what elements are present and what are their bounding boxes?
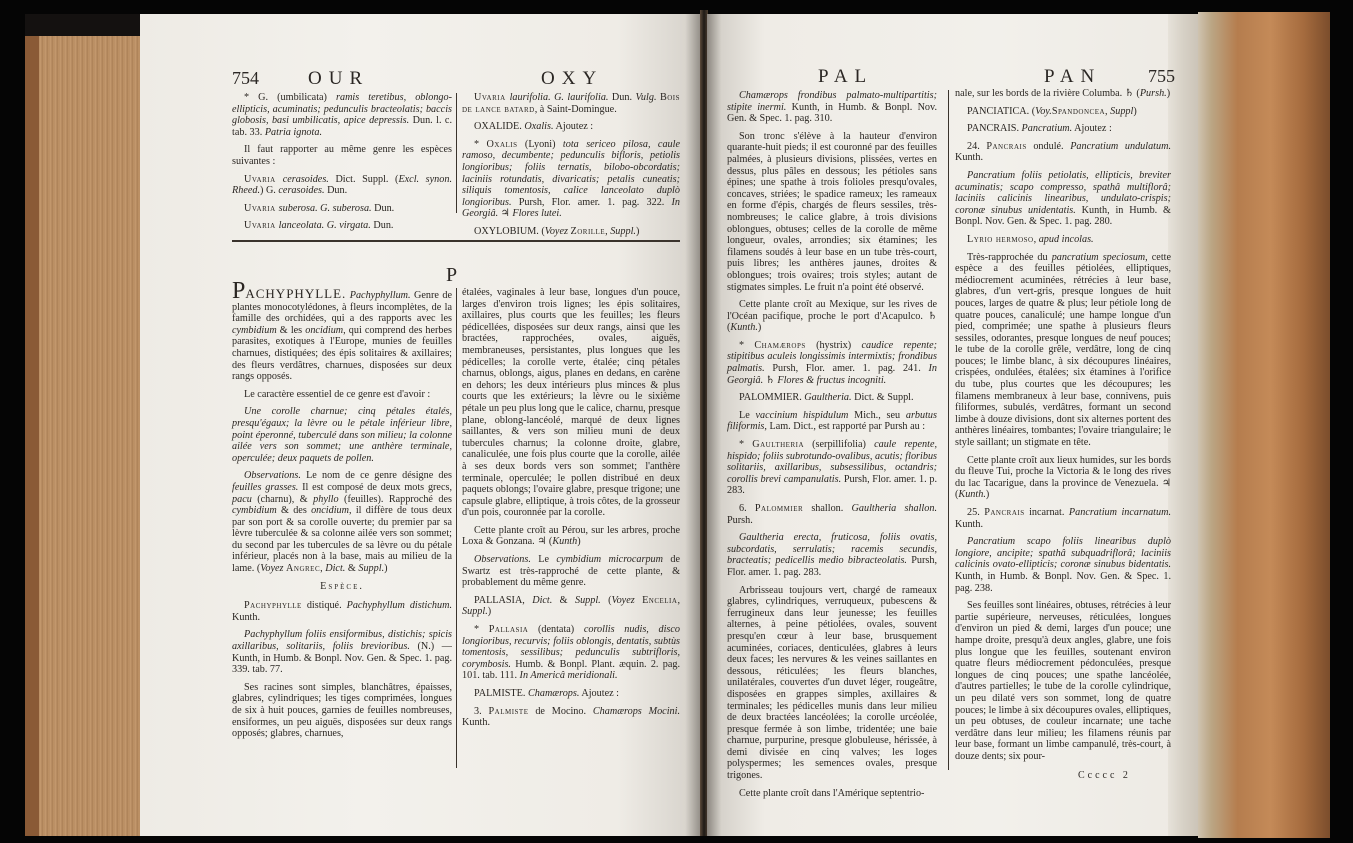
- paragraph: Très-rapprochée du pancratium speciosum,…: [955, 252, 1171, 449]
- species-heading: Espèce.: [232, 581, 452, 593]
- signature-mark: Ccccc 2: [1078, 770, 1131, 781]
- paragraph: Il faut rapporter au même genre les espè…: [232, 144, 452, 167]
- paragraph: OXYLOBIUM. (Voyez Zorille, Suppl.): [462, 226, 680, 238]
- paragraph: 25. Pancrais incarnat. Pancratium incarn…: [955, 507, 1171, 530]
- section-divider-rule: [232, 240, 680, 242]
- paragraph: Cette plante croît dans l'Amérique septe…: [727, 788, 937, 800]
- paragraph: Cette plante croît aux lieux humides, su…: [955, 455, 1171, 501]
- paragraph: Cette plante croît au Mexique, sur les r…: [727, 299, 937, 334]
- paragraph: Pachyphyllum foliis ensiformibus, distic…: [232, 629, 452, 675]
- running-head-left-col2: OXY: [541, 68, 603, 90]
- column-rule: [456, 93, 457, 213]
- paragraph: Uvaria lanceolata. G. virgata. Dun.: [232, 220, 452, 232]
- paragraph: Le vaccinium hispidulum Mich., seu arbut…: [727, 410, 937, 433]
- book-cover-edge-right: [1198, 12, 1330, 838]
- paragraph: Uvaria laurifolia. G. laurifolia. Dun. V…: [462, 92, 680, 115]
- running-head-right-col1: PAL: [818, 66, 873, 88]
- paragraph: * Oxalis (Lyoni) tota sericeo pilosa, ca…: [462, 139, 680, 220]
- paragraph: OXALIDE. Oxalis. Ajoutez :: [462, 121, 680, 133]
- left-page-col2: étalées, vaginales à leur base, longues …: [462, 287, 680, 735]
- paragraph: Une corolle charnue; cinq pétales étalés…: [232, 406, 452, 464]
- left-page-col1: PACHYPHYLLE. Pachyphyllum. Genre de plan…: [232, 286, 452, 746]
- paragraph: 3. Palmiste de Mocino. Chamærops Mocini.…: [462, 706, 680, 729]
- paragraph: PALLASIA, Dict. & Suppl. (Voyez Encelia,…: [462, 595, 680, 618]
- left-page-col2-top: Uvaria laurifolia. G. laurifolia. Dun. V…: [462, 92, 680, 244]
- paragraph: PANCIATICA. (Voy.Spandoncea, Suppl): [955, 106, 1171, 118]
- paragraph: PANCRAIS. Pancratium. Ajoutez :: [955, 123, 1171, 135]
- column-rule: [456, 288, 457, 768]
- right-page-stack: [1168, 14, 1198, 836]
- paragraph: PACHYPHYLLE. Pachyphyllum. Genre de plan…: [232, 286, 452, 383]
- paragraph: * Pallasia (dentata) corollis nudis, dis…: [462, 624, 680, 682]
- paragraph: PALOMMIER. Gaultheria. Dict. & Suppl.: [727, 392, 937, 404]
- section-letter: P: [446, 264, 457, 287]
- paragraph: * Gaultheria (serpillifolia) caule repen…: [727, 439, 937, 497]
- paragraph: Pancratium scapo foliis linearibus duplò…: [955, 536, 1171, 594]
- book-shadow-top-left: [25, 14, 140, 38]
- running-head-left-col1: OUR: [308, 68, 369, 90]
- column-rule: [948, 90, 949, 770]
- paragraph: * Chamærops (hystrix) caudice repente; s…: [727, 340, 937, 386]
- paragraph: * G. (umbilicata) ramis teretibus, oblon…: [232, 92, 452, 138]
- paragraph: Uvaria suberosa. G. suberosa. Dun.: [232, 203, 452, 215]
- paragraph: Observations. Le cymbidium microcarpum d…: [462, 554, 680, 589]
- paragraph: étalées, vaginales à leur base, longues …: [462, 287, 680, 519]
- paragraph: Chamærops frondibus palmato-multipartiti…: [727, 90, 937, 125]
- paragraph: Uvaria cerasoides. Dict. Suppl. (Excl. s…: [232, 174, 452, 197]
- paragraph: Lyrio hermoso, apud incolas.: [955, 234, 1171, 246]
- book-page-edges-left: [25, 36, 154, 836]
- paragraph: Son tronc s'élève à la hauteur d'environ…: [727, 131, 937, 293]
- paragraph: Observations. Le nom de ce genre désigne…: [232, 470, 452, 574]
- paragraph: Pancratium foliis petiolatis, ellipticis…: [955, 170, 1171, 228]
- right-page-col1: Chamærops frondibus palmato-multipartiti…: [727, 90, 937, 805]
- right-page-col2: nale, sur les bords de la rivière Columb…: [955, 88, 1171, 768]
- paragraph: 6. Palommier shallon. Gaultheria shallon…: [727, 503, 937, 526]
- paragraph: Cette plante croît au Pérou, sur les arb…: [462, 525, 680, 548]
- paragraph: Arbrisseau toujours vert, chargé de rame…: [727, 585, 937, 782]
- paragraph: nale, sur les bords de la rivière Columb…: [955, 88, 1171, 100]
- left-page-col1-top: * G. (umbilicata) ramis teretibus, oblon…: [232, 92, 452, 238]
- paragraph: Le caractère essentiel de ce genre est d…: [232, 389, 452, 401]
- running-head-right-col2: PAN: [1044, 66, 1101, 88]
- paragraph: 24. Pancrais ondulé. Pancratium undulatu…: [955, 141, 1171, 164]
- page-number-right: 755: [1148, 66, 1175, 87]
- paragraph: Pachyphylle distiqué. Pachyphyllum disti…: [232, 600, 452, 623]
- paragraph: Ses racines sont simples, blanchâtres, é…: [232, 682, 452, 740]
- paragraph: Ses feuilles sont linéaires, obtuses, ré…: [955, 600, 1171, 762]
- page-number-left: 754: [232, 68, 259, 89]
- paragraph: PALMISTE. Chamærops. Ajoutez :: [462, 688, 680, 700]
- paragraph: Gaultheria erecta, fruticosa, foliis ova…: [727, 532, 937, 578]
